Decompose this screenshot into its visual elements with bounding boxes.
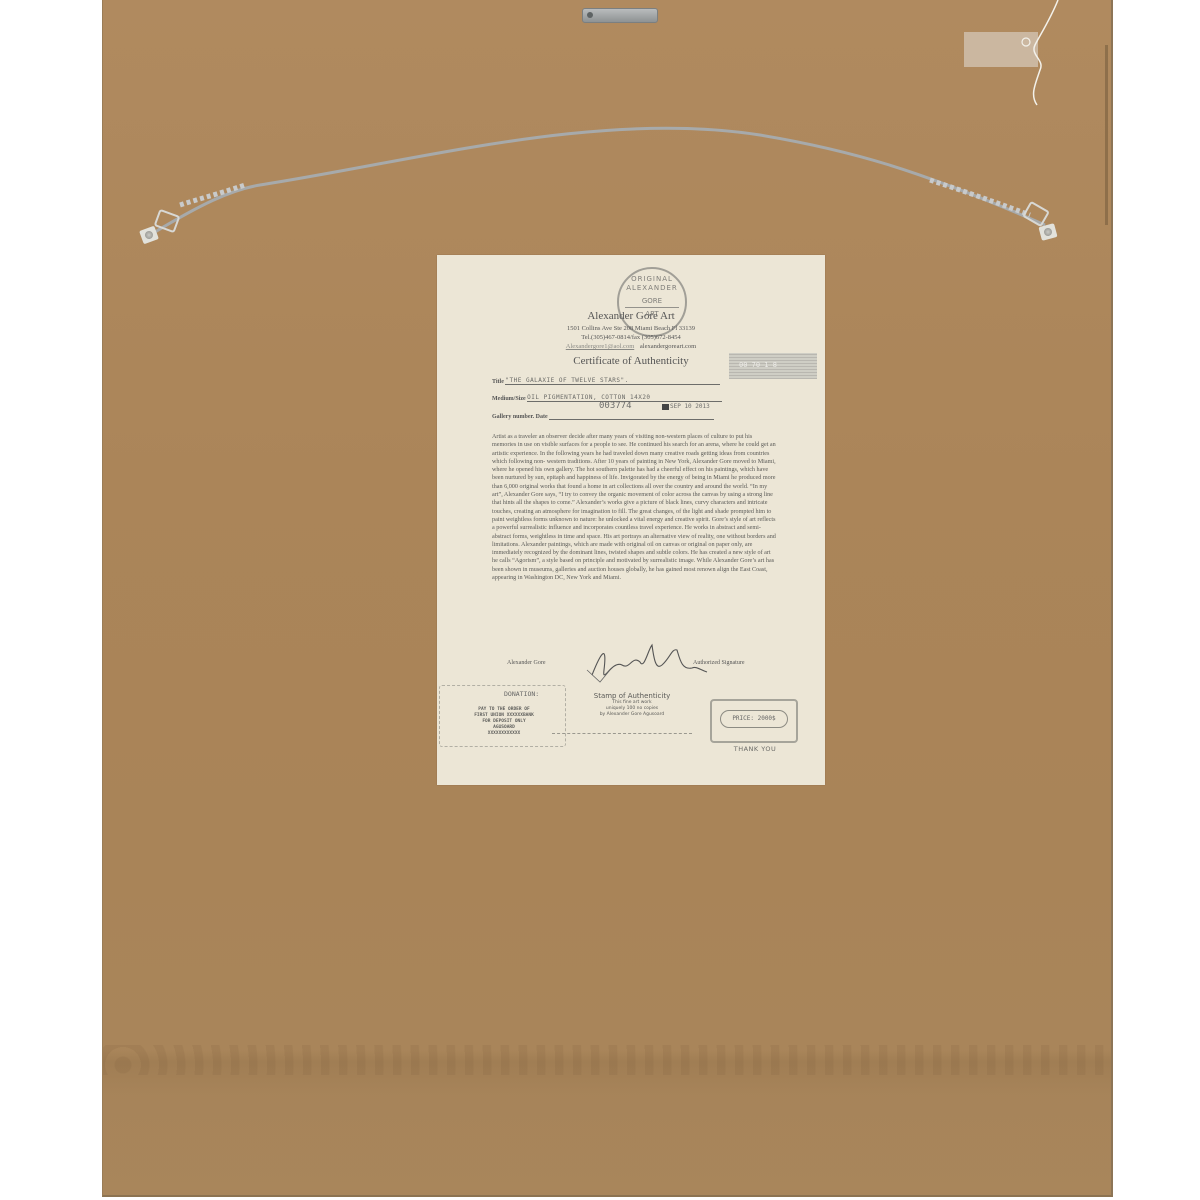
price-label: PRICE: 2000$: [720, 710, 788, 728]
donation-label: DONATION:: [504, 690, 539, 698]
gallery-number: 003774: [599, 401, 632, 411]
screw-icon: [1043, 227, 1053, 237]
gallery-label: Gallery number.: [492, 414, 534, 420]
endorsement-line: XXXXXXXXXXXX: [459, 731, 549, 737]
stamp-middle: GORE: [619, 297, 685, 305]
company-address: 1501 Collins Ave Ste 208 Miami Beach Fl …: [437, 325, 825, 332]
board-edge-shadow: [1105, 45, 1108, 225]
artist-biography: Artist as a traveler an observer decide …: [492, 433, 777, 582]
gallery-date-field: Gallery number. Date: [492, 413, 714, 420]
title-value: "THE GALAXIE OF TWELVE STARS".: [505, 377, 628, 384]
artist-name-label: Alexander Gore: [507, 660, 545, 666]
company-website: alexandergoreart.com: [640, 343, 696, 350]
thank-you-label: THANK YOU: [720, 745, 790, 753]
top-hanger-plate: [582, 8, 658, 23]
handwritten-signature: [582, 640, 712, 690]
date-value: SEP 10 2013: [670, 403, 710, 410]
screw-icon: [144, 230, 154, 240]
company-contact: Alexandergore1@aol.com alexandergoreart.…: [437, 343, 825, 350]
company-email: Alexandergore1@aol.com: [566, 343, 635, 350]
date-stamp: SEP 10 2013: [662, 403, 710, 410]
screw-icon: [587, 12, 593, 18]
serial-number: 00 70 1 8: [739, 361, 777, 369]
tape-piece: [964, 32, 1038, 67]
bank-endorsement-stamp: PAY TO THE ORDER OF FIRST UNION XXXXXXBA…: [459, 707, 549, 737]
company-name: Alexander Gore Art: [437, 310, 825, 322]
water-stain: [103, 1050, 1111, 1197]
title-label: Title: [492, 379, 504, 385]
stamp-divider: [625, 307, 679, 308]
medium-value: OIL PIGMENTATION, COTTON 14X20: [527, 394, 650, 401]
date-label: Date: [536, 414, 548, 420]
ink-blot: [662, 404, 669, 410]
stamp-ring-top: ORIGINAL: [619, 275, 685, 283]
authenticity-stamp: Stamp of Authenticity This fine art work…: [572, 692, 692, 718]
stamp-ring-name: ALEXANDER: [619, 284, 685, 292]
title-field: Title "THE GALAXIE OF TWELVE STARS".: [492, 377, 720, 385]
authenticity-stamp-heading: Stamp of Authenticity: [572, 692, 692, 700]
certificate-of-authenticity: ORIGINAL ALEXANDER GORE ART Alexander Go…: [437, 255, 825, 785]
medium-label: Medium/Size: [492, 396, 526, 402]
authenticity-stamp-line: by Alexander Gore Agusoard: [572, 712, 692, 718]
serial-number-sticker: 00 70 1 8: [729, 353, 817, 379]
company-phone: Tel.(305)467-0814/fax (305)672-8454: [437, 334, 825, 341]
